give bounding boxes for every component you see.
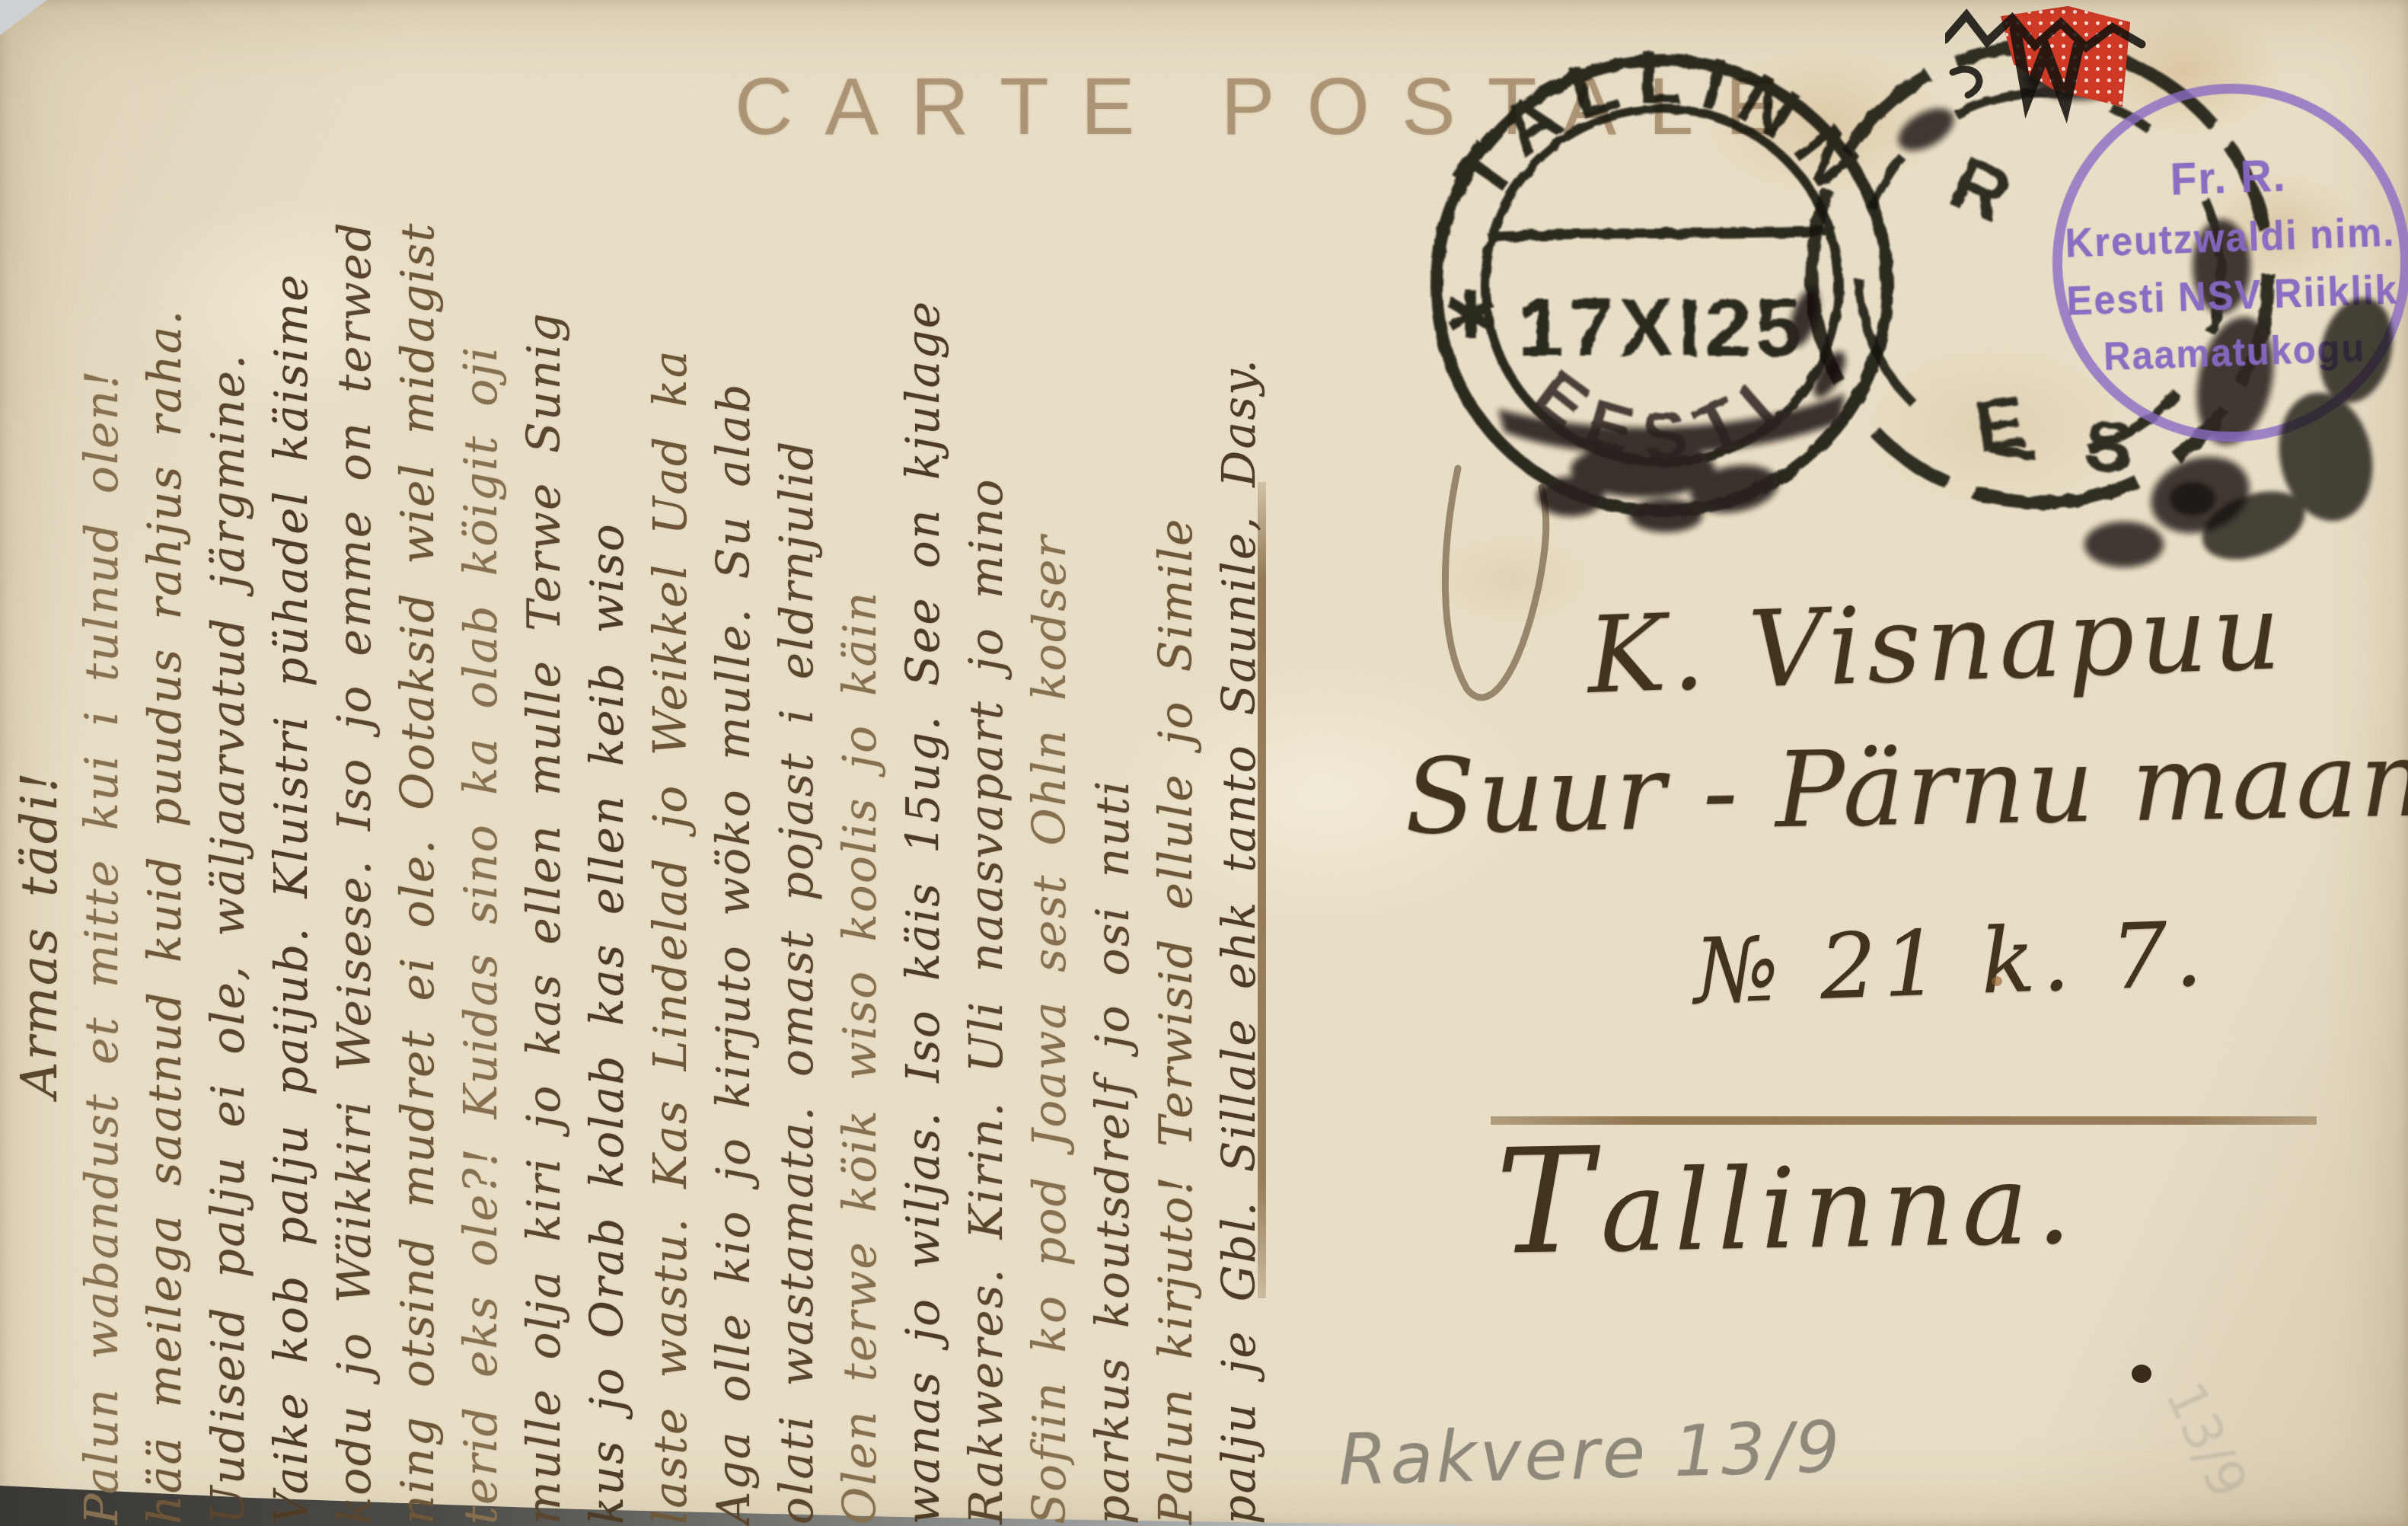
message-line: olati wastamata. omast pojast i eldrnjul…	[766, 17, 829, 1524]
message-line: Uudiseid palju ei ole, wäljaarvatud järg…	[197, 17, 260, 1524]
ink-spot	[2132, 1365, 2151, 1383]
address-city: Tallinna.	[1494, 1108, 2080, 1286]
message-line: laste wastu. Kas Lindelad jo Weikkel Uad…	[639, 17, 703, 1524]
address-house: № 21 k. 7.	[1692, 901, 2210, 1024]
arrival-postmark-letter-s: S	[2081, 403, 2138, 489]
message-line: Aga olle kio jo kirjuto wöko mulle. Su a…	[703, 17, 766, 1524]
message-line: kodu jo Wäikkiri Weisese. Iso jo emme on…	[324, 17, 387, 1524]
message-line: kus jo Orab kolab kas ellen keib wiso	[576, 17, 639, 1524]
message-line: Armas tädi!	[8, 17, 71, 1524]
postcard-scan: CARTE POSTALE Armas tädi! Palun wabandus…	[0, 0, 2408, 1526]
ink-spot	[1992, 976, 2002, 986]
message-line: wanas jo wiljas. Iso käis 15ug. See on k…	[892, 17, 955, 1524]
library-stamp-line: Kreutzwaldi nim.	[2065, 208, 2396, 267]
tallinn-postmark-city: TALLINN	[1439, 47, 1884, 214]
message-line: terid eks ole?! Kuidas sino ka olab köig…	[450, 17, 513, 1524]
arrival-postmark-letter-e: E	[1970, 381, 2030, 469]
message-line: Vaike kob palju paijub. Kluistri pühadel…	[260, 17, 324, 1524]
message-line: Sofiin ko pod Joawa sest Ohln kodser	[1019, 17, 1082, 1524]
message-line: hää meilega saatnud kuid puudus rahjus r…	[134, 17, 197, 1524]
message-line: ning otsind mudret ei ole. Ootaksid wiel…	[387, 17, 450, 1524]
message-line: palju je Gbl. Sillale ehk tanto Saunile,…	[1208, 17, 1271, 1524]
tallinn-postmark-date: 17XI25	[1518, 281, 1806, 373]
handwritten-message: Armas tädi! Palun wabandust et mitte kui…	[8, 17, 1287, 1524]
message-line: mulle olja kiri jo kas ellen mulle Terwe…	[513, 17, 576, 1524]
address-name: K. Visnapuu	[1585, 570, 2287, 717]
library-stamp-line: Fr. R.	[2170, 148, 2288, 205]
tallinn-postmark: TALLINN ✱ 17XI25 EESTI	[1415, 47, 1909, 542]
message-line: Palun kirjuto! Terwisid ellule jo Simile	[1145, 17, 1208, 1524]
arrival-postmark-letter-top: R	[1938, 139, 2024, 240]
tallinn-postmark-star: ✱	[1443, 278, 1498, 354]
message-line: Palun wabandust et mitte kui i tulnud ol…	[71, 17, 134, 1524]
message-line: Olen terwe köik wiso koolis jo käin	[829, 17, 892, 1524]
pencil-note: Rakvere 13/9	[1338, 1406, 1844, 1501]
message-line: Rakweres. Kirin. Uli naasvapart jo mino	[955, 17, 1019, 1524]
message-line: parkus koutsdrelf jo osi nuti	[1082, 17, 1145, 1524]
svg-text:TALLINN: TALLINN	[1439, 47, 1884, 214]
address-street: Suur - Pärnu maantee	[1404, 717, 2408, 857]
cancel-smudges-over-stamp	[2162, 282, 2408, 563]
